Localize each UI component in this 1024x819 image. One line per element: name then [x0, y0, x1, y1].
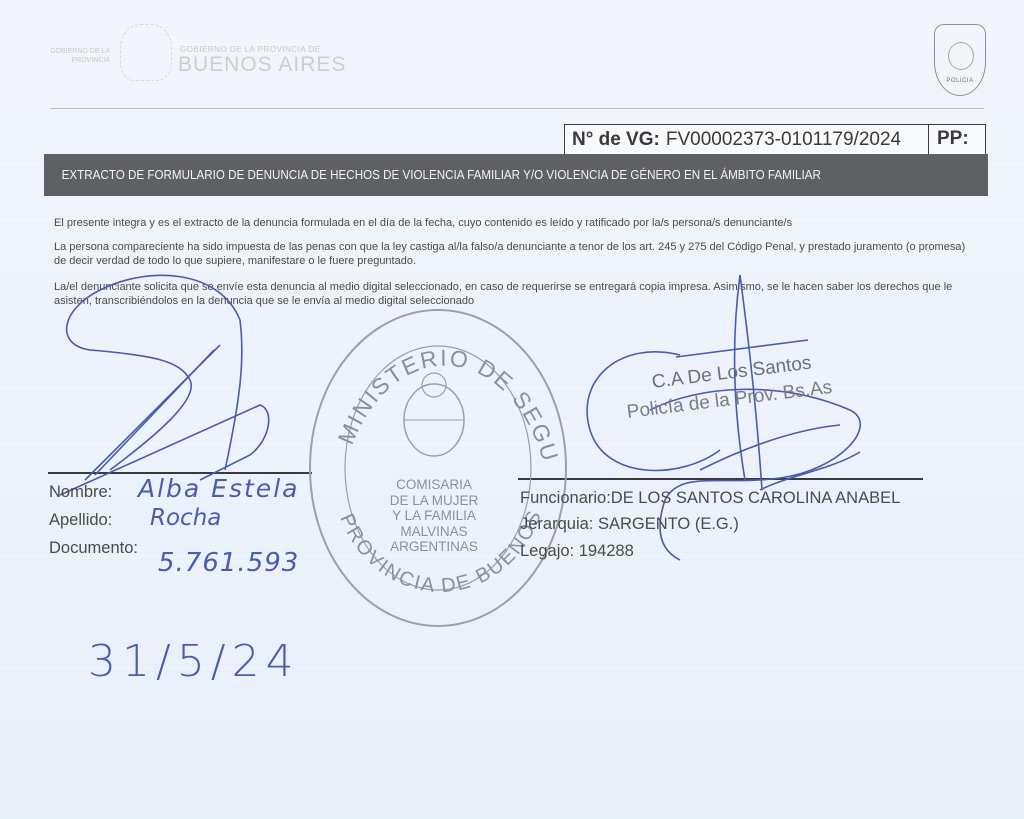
apellido-handwritten: Rocha — [150, 505, 221, 531]
stamp-inner-text: COMISARIA DE LA MUJER Y LA FAMILIA MALVI… — [370, 477, 498, 555]
small-org-text: GOBIERNO DE LA PROVINCIA — [50, 47, 110, 65]
header-divider — [50, 108, 984, 109]
paragraph-digital-delivery: La/el denunciante solicita que se envíe … — [54, 281, 974, 308]
stamp-line: COMISARIA — [370, 477, 498, 493]
government-logo: GOBIERNO DE LA PROVINCIA GOBIERNO DE LA … — [50, 22, 350, 82]
government-name: BUENOS AIRES — [178, 53, 346, 77]
documento-label: Documento: — [49, 539, 138, 558]
paragraph-oath: La persona compareciente ha sido impuest… — [54, 241, 974, 268]
vg-number-box: N° de VG: FV00002373-0101179/2024 — [564, 124, 929, 154]
documento-handwritten: 5.761.593 — [158, 548, 299, 578]
complainant-signature — [60, 275, 269, 495]
stamp-line: DE LA MUJER — [370, 493, 498, 509]
document-title: EXTRACTO DE FORMULARIO DE DENUNCIA DE HE… — [44, 168, 821, 182]
police-badge-icon: POLICIA — [934, 24, 986, 96]
coat-of-arms-icon — [948, 42, 974, 70]
vg-label: N° de VG: — [572, 129, 660, 151]
stamps-and-signatures: MINISTERIO DE SEGURIDAD PROVINCIA DE BUE… — [0, 0, 1024, 819]
province-emblem-icon — [120, 24, 172, 81]
paragraph-ratification: El presente integra y es el extracto de … — [54, 217, 974, 231]
ministry-stamp — [310, 310, 566, 626]
badge-label: POLICIA — [934, 78, 986, 84]
nombre-handwritten: Alba Estela — [138, 474, 299, 503]
legajo-field: Legajo: 194288 — [520, 542, 634, 561]
stamp-line: MALVINAS — [370, 524, 498, 540]
document-title-band: EXTRACTO DE FORMULARIO DE DENUNCIA DE HE… — [44, 154, 988, 196]
official-signature-line — [518, 478, 923, 480]
nombre-label: Nombre: — [49, 483, 112, 502]
funcionario-field: Funcionario:DE LOS SANTOS CAROLINA ANABE… — [520, 489, 900, 508]
vg-number: FV00002373-0101179/2024 — [666, 129, 901, 151]
apellido-label: Apellido: — [49, 511, 112, 530]
stamp-line: Y LA FAMILIA — [370, 508, 498, 524]
stamp-line: ARGENTINAS — [370, 539, 498, 555]
date-handwritten: 31/5/24 — [88, 636, 300, 687]
jerarquia-field: Jerarquia: SARGENTO (E.G.) — [520, 515, 739, 534]
pp-box: PP: — [929, 124, 986, 154]
paper-background — [0, 0, 1024, 819]
